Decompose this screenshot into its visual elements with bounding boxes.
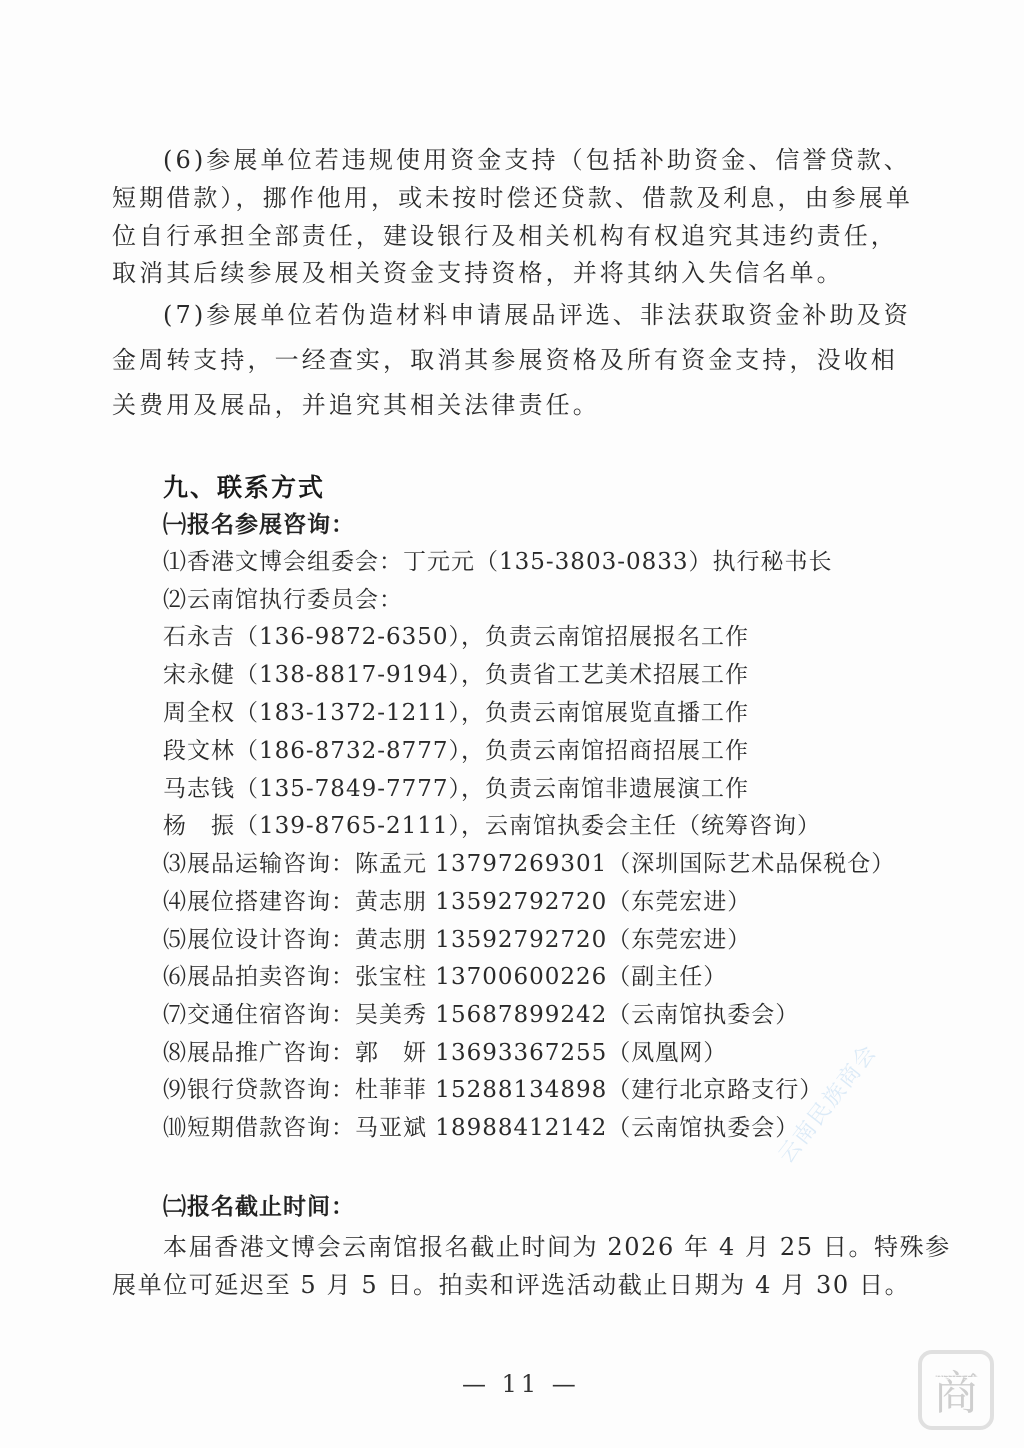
contact-line: 周全权（183-1372-1211），负责云南馆展览直播工作 — [163, 698, 749, 728]
watermark-logo-sub: YN21ST.CN — [922, 1374, 990, 1382]
contact-line: ⑹展品拍卖咨询：张宝柱 13700600226（副主任） — [163, 962, 727, 992]
contact-line: ⑷展位搭建咨询：黄志朋 13592792720（东莞宏进） — [163, 887, 751, 917]
contact-line: ⑴香港文博会组委会：丁元元（135-3803-0833）执行秘书长 — [163, 547, 833, 577]
page-number: — 11 — — [462, 1370, 580, 1398]
paragraph-7-line-3: 关费用及展品，并追究其相关法律责任。 — [112, 390, 600, 420]
subsection-1-title: ㈠报名参展咨询： — [163, 510, 355, 540]
contact-line: 杨 振（139-8765-2111），云南馆执委会主任（统筹咨询） — [163, 811, 821, 841]
contact-line: ⑽短期借款咨询：马亚斌 18988412142（云南馆执委会） — [163, 1113, 799, 1143]
watermark-logo-glyph: 商 — [933, 1357, 979, 1423]
section-heading: 九、联系方式 — [163, 468, 325, 504]
contact-line: ⑼银行贷款咨询：杜菲菲 15288134898（建行北京路支行） — [163, 1075, 823, 1105]
document-page: (6)参展单位若违规使用资金支持（包括补助资金、信誉贷款、 短期借款），挪作他用… — [0, 0, 1024, 1448]
contact-line: 马志钱（135-7849-7777），负责云南馆非遗展演工作 — [163, 774, 749, 804]
contact-line: ⑶展品运输咨询：陈孟元 13797269301（深圳国际艺术品保税仓） — [163, 849, 895, 879]
contact-line: ⑵云南馆执行委员会： — [163, 585, 403, 615]
paragraph-7-line-1: (7)参展单位若伪造材料申请展品评选、非法获取资金补助及资 — [163, 300, 911, 330]
subsection-2-title: ㈡报名截止时间： — [163, 1192, 355, 1222]
paragraph-6-line-2: 短期借款），挪作他用，或未按时偿还贷款、借款及利息，由参展单 — [112, 183, 913, 213]
contact-line: ⑺交通住宿咨询：吴美秀 15687899242（云南馆执委会） — [163, 1000, 799, 1030]
contact-line: 宋永健（138-8817-9194），负责省工艺美术招展工作 — [163, 660, 749, 690]
paragraph-6-line-1: (6)参展单位若违规使用资金支持（包括补助资金、信誉贷款、 — [163, 145, 911, 175]
paragraph-6-line-3: 位自行承担全部责任，建设银行及相关机构有权追究其违约责任， — [112, 221, 898, 251]
deadline-line-1: 本届香港文博会云南馆报名截止时间为 2026 年 4 月 25 日。特殊参 — [163, 1232, 951, 1262]
deadline-line-2: 展单位可延迟至 5 月 5 日。拍卖和评选活动截止日期为 4 月 30 日。 — [112, 1270, 910, 1300]
paragraph-6-line-4: 取消其后续参展及相关资金支持资格，并将其纳入失信名单。 — [112, 258, 844, 288]
contact-line: ⑸展位设计咨询：黄志朋 13592792720（东莞宏进） — [163, 925, 751, 955]
contact-line: 段文林（186-8732-8777），负责云南馆招商招展工作 — [163, 736, 749, 766]
contact-line: 石永吉（136-9872-6350），负责云南馆招展报名工作 — [163, 622, 749, 652]
contact-line: ⑻展品推广咨询：郭 妍 13693367255（凤凰网） — [163, 1038, 727, 1068]
watermark-logo-icon: 商 YN21ST.CN — [918, 1350, 994, 1430]
paragraph-7-line-2: 金周转支持，一经查实，取消其参展资格及所有资金支持，没收相 — [112, 345, 898, 375]
